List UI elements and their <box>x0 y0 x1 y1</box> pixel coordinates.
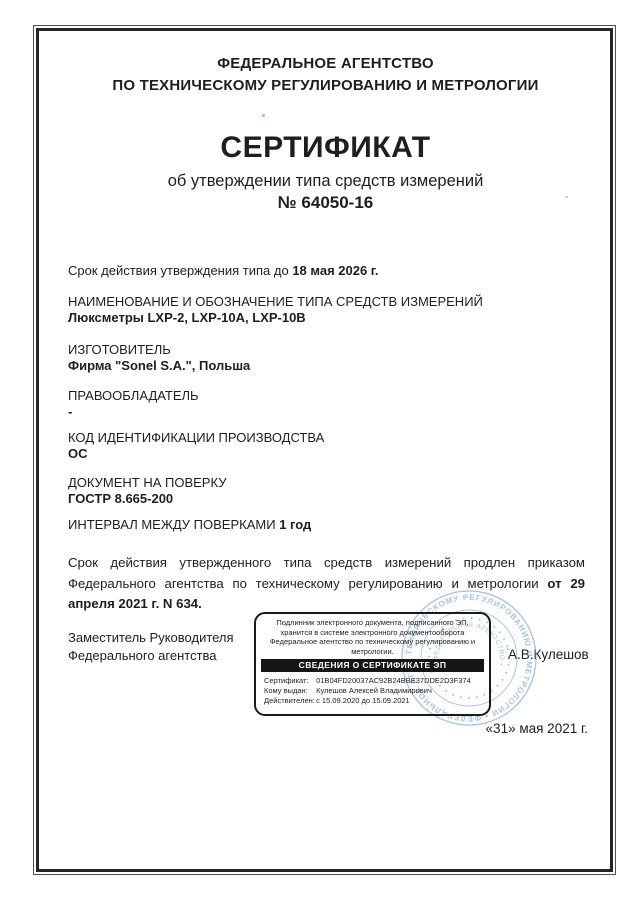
certificate-title: СЕРТИФИКАТ <box>33 131 618 165</box>
stamp-header-line: хранится в системе электронного документ… <box>256 628 489 638</box>
stamp-valid-value: с 15.09.2020 до 15.09.2021 <box>316 696 410 705</box>
field-label: ПРАВООБЛАДАТЕЛЬ <box>68 388 585 404</box>
validity-label: Срок действия утверждения типа до <box>68 263 289 278</box>
scan-speck <box>262 114 265 117</box>
agency-name-line2: ПО ТЕХНИЧЕСКОМУ РЕГУЛИРОВАНИЮ И МЕТРОЛОГ… <box>33 77 618 94</box>
verification-interval-line: ИНТЕРВАЛ МЕЖДУ ПОВЕРКАМИ 1 год <box>68 517 585 533</box>
stamp-header-line: Подлинник электронного документа, подпис… <box>256 618 489 628</box>
field-value: ГОСТР 8.665-200 <box>68 491 585 507</box>
stamp-header-line: Федеральное агентство по техническому ре… <box>256 637 489 647</box>
interval-value: 1 год <box>279 517 311 532</box>
field-type-designation: НАИМЕНОВАНИЕ И ОБОЗНАЧЕНИЕ ТИПА СРЕДСТВ … <box>68 294 585 326</box>
field-label: КОД ИДЕНТИФИКАЦИИ ПРОИЗВОДСТВА <box>68 430 585 446</box>
interval-label: ИНТЕРВАЛ МЕЖДУ ПОВЕРКАМИ <box>68 517 276 532</box>
certificate-number: № 64050-16 <box>33 193 618 213</box>
stamp-title-bar: СВЕДЕНИЯ О СЕРТИФИКАТЕ ЭП <box>261 659 484 672</box>
electronic-signature-stamp: Подлинник электронного документа, подпис… <box>254 612 491 716</box>
field-label: НАИМЕНОВАНИЕ И ОБОЗНАЧЕНИЕ ТИПА СРЕДСТВ … <box>68 294 585 310</box>
validity-value: 18 мая 2026 г. <box>292 263 378 278</box>
field-value: Фирма "Sonel S.A.", Польша <box>68 358 585 374</box>
signatory-position-line1: Заместитель Руководителя <box>68 629 234 647</box>
field-value: - <box>68 404 585 420</box>
field-label: ДОКУМЕНТ НА ПОВЕРКУ <box>68 475 585 491</box>
stamp-issued-to-label: Кому выдан: <box>264 686 314 696</box>
agency-name-line1: ФЕДЕРАЛЬНОЕ АГЕНТСТВО <box>33 55 618 72</box>
certificate-page: ФЕДЕРАЛЬНОЕ АГЕНТСТВО ПО ТЕХНИЧЕСКОМУ РЕ… <box>0 0 644 910</box>
field-value: Люксметры LXP-2, LXP-10A, LXP-10B <box>68 310 585 326</box>
stamp-valid-label: Действителен: <box>264 696 314 706</box>
stamp-certificate-label: Сертификат: <box>264 676 314 686</box>
validity-line: Срок действия утверждения типа до 18 мая… <box>68 263 585 279</box>
certificate-subtitle: об утверждении типа средств измерений <box>33 172 618 191</box>
stamp-certificate-row: Сертификат: 01B04FD20037AC92B24BBE37DDE2… <box>256 676 489 686</box>
field-manufacturer: ИЗГОТОВИТЕЛЬ Фирма "Sonel S.A.", Польша <box>68 342 585 374</box>
field-label: ИЗГОТОВИТЕЛЬ <box>68 342 585 358</box>
stamp-header: Подлинник электронного документа, подпис… <box>256 618 489 656</box>
signatory-position-line2: Федерального агентства <box>68 647 234 665</box>
field-verification-document: ДОКУМЕНТ НА ПОВЕРКУ ГОСТР 8.665-200 <box>68 475 585 507</box>
field-value: ОС <box>68 446 585 462</box>
signatory-position: Заместитель Руководителя Федерального аг… <box>68 629 234 665</box>
stamp-header-line: метрологии. <box>256 647 489 657</box>
stamp-issued-to-row: Кому выдан: Кулешов Алексей Владимирович <box>256 686 489 696</box>
stamp-issued-to-value: Кулешов Алексей Владимирович <box>316 686 432 695</box>
field-production-id-code: КОД ИДЕНТИФИКАЦИИ ПРОИЗВОДСТВА ОС <box>68 430 585 462</box>
field-rights-holder: ПРАВООБЛАДАТЕЛЬ - <box>68 388 585 420</box>
stamp-certificate-value: 01B04FD20037AC92B24BBE37DDE2D3F374 <box>316 676 471 685</box>
stamp-valid-row: Действителен: с 15.09.2020 до 15.09.2021 <box>256 696 489 706</box>
